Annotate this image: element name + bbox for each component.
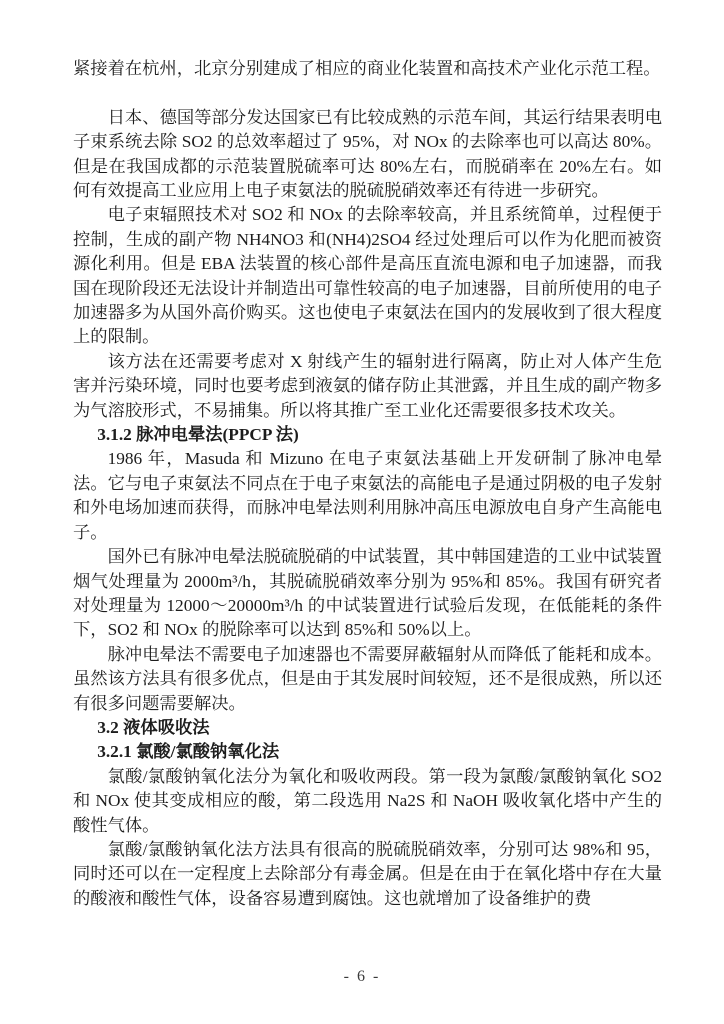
section-heading-3-1-2: 3.1.2 脉冲电晕法(PPCP 法) xyxy=(73,423,662,447)
document-body: 紧接着在杭州，北京分别建成了相应的商业化装置和高技术产业化示范工程。 日本、德国… xyxy=(73,57,662,911)
paragraph: 国外已有脉冲电晕法脱硫脱硝的中试装置，其中韩国建造的工业中试装置烟气处理量为 2… xyxy=(73,545,662,643)
section-heading-3-2-1: 3.2.1 氯酸/氯酸钠氧化法 xyxy=(73,740,662,764)
page-number: - 6 - xyxy=(0,966,724,988)
section-heading-3-2: 3.2 液体吸收法 xyxy=(73,716,662,740)
paragraph: 脉冲电晕法不需要电子加速器也不需要屏蔽辐射从而降低了能耗和成本。虽然该方法具有很… xyxy=(73,643,662,716)
paragraph: 电子束辐照技术对 SO2 和 NOx 的去除率较高，并且系统简单，过程便于控制，… xyxy=(73,203,662,349)
paragraph: 日本、德国等部分发达国家已有比较成熟的示范车间，其运行结果表明电子束系统去除 S… xyxy=(73,106,662,204)
paragraph: 氯酸/氯酸钠氧化法分为氧化和吸收两段。第一段为氯酸/氯酸钠氧化 SO2 和 NO… xyxy=(73,765,662,838)
paragraph: 1986 年，Masuda 和 Mizuno 在电子束氨法基础上开发研制了脉冲电… xyxy=(73,447,662,545)
document-page: 紧接着在杭州，北京分别建成了相应的商业化装置和高技术产业化示范工程。 日本、德国… xyxy=(0,0,724,1024)
paragraph-continuation: 紧接着在杭州，北京分别建成了相应的商业化装置和高技术产业化示范工程。 xyxy=(73,57,662,81)
paragraph: 氯酸/氯酸钠氧化法方法具有很高的脱硫脱硝效率，分别可达 98%和 95，同时还可… xyxy=(73,838,662,911)
paragraph: 该方法在还需要考虑对 X 射线产生的辐射进行隔离，防止对人体产生危害并污染环境，… xyxy=(73,350,662,423)
